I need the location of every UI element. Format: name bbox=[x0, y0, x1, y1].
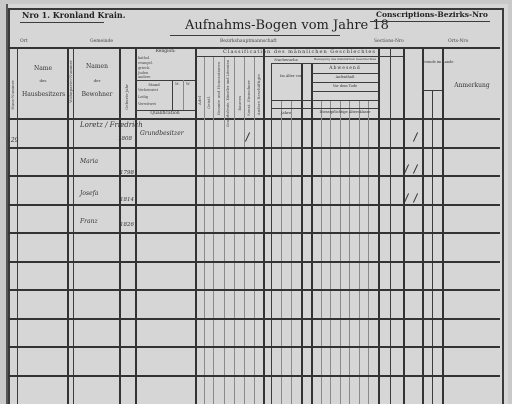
stand-item: Verwitwet bbox=[138, 102, 156, 106]
sub-col bbox=[359, 100, 360, 404]
sub-col bbox=[281, 100, 282, 404]
nachwuchs-sub-label: Im Alter von bbox=[280, 74, 300, 78]
header-sub-line bbox=[271, 100, 378, 101]
row-line bbox=[8, 261, 500, 263]
sub-col bbox=[321, 100, 322, 404]
col-line bbox=[403, 47, 405, 404]
divider bbox=[20, 22, 104, 23]
header-sub-line bbox=[311, 82, 378, 83]
header-sub-line bbox=[172, 80, 173, 110]
header-sub-line bbox=[422, 90, 442, 91]
col-line bbox=[422, 47, 424, 404]
divider bbox=[170, 35, 340, 36]
resident-name: Loretz / Friedrich bbox=[80, 121, 143, 129]
name-label: Name bbox=[22, 65, 64, 72]
house-number: 129 bbox=[7, 137, 18, 144]
col-line bbox=[135, 47, 137, 404]
row-line bbox=[8, 318, 500, 320]
col-line bbox=[432, 90, 433, 404]
birth-year: 1826 bbox=[120, 222, 134, 228]
resident-name: Josefa bbox=[80, 190, 98, 197]
col-line bbox=[442, 47, 444, 404]
sub-col bbox=[349, 100, 350, 404]
qualification-value: Grundbesitzer bbox=[140, 130, 184, 137]
class-col-label: Sonst. Einwohner bbox=[246, 80, 251, 116]
qualification-label: Qualification bbox=[135, 111, 195, 116]
sub-col bbox=[224, 56, 225, 404]
wohnpartei-label: Wohnpartei-Nummer bbox=[68, 60, 73, 103]
class-col-label: Andere Beschäftigte bbox=[256, 74, 261, 115]
bezirk-label: Bezirkshauptmannschaft bbox=[220, 39, 277, 44]
dienstpflichtige-label: Dienstpflichtige Altersklasse bbox=[312, 110, 378, 114]
header-sub-line bbox=[271, 63, 378, 64]
row-line bbox=[8, 346, 500, 348]
header-sub-line bbox=[183, 80, 184, 110]
sheet-number: Nro 1. Kronland Krain. bbox=[22, 10, 126, 20]
resident-name: Franz bbox=[80, 218, 98, 225]
sub-col bbox=[204, 56, 205, 404]
namen-label: Namen bbox=[76, 63, 118, 70]
nachwuchs-label: Nachwuchs bbox=[272, 57, 300, 62]
sex-female: W. bbox=[186, 82, 190, 86]
sex-male: M. bbox=[175, 82, 180, 86]
class-col-label: Beamte und Honoratioren bbox=[216, 62, 221, 115]
vor-dem-tode-label: Vor dem Tode bbox=[312, 84, 378, 88]
divider bbox=[370, 21, 490, 22]
orts-label: Orts-Nro bbox=[448, 39, 468, 44]
haus-nummer-label: Haus-Nummer bbox=[10, 80, 15, 110]
religion-item: andere bbox=[138, 75, 150, 79]
page-title: Aufnahms-Bogen vom Jahre 18 bbox=[185, 18, 389, 33]
sub-col bbox=[213, 56, 214, 404]
class-col-label: Gewerbsleute, Künstler und Literaten bbox=[226, 60, 230, 127]
col-line bbox=[73, 47, 74, 404]
row-line bbox=[8, 232, 500, 234]
col-line bbox=[390, 47, 391, 404]
header-sub-line bbox=[311, 73, 378, 74]
class-col-label: Adel bbox=[197, 96, 202, 105]
header-sub-line bbox=[271, 108, 378, 109]
row-line bbox=[8, 147, 500, 149]
bewohner-label: Bewohner bbox=[76, 91, 118, 98]
stand-item: Ledig bbox=[138, 95, 148, 99]
resident-name: Maria bbox=[80, 158, 98, 165]
gemeinde-label: Gemeinde bbox=[90, 39, 113, 44]
geburtsjahr-label: Geburts-Jahr bbox=[124, 84, 129, 110]
fremde-label: Fremde im Lande bbox=[422, 60, 442, 64]
stand-item: Verheiratet bbox=[138, 88, 158, 92]
classification-label: Classification des männlichen Geschlecht… bbox=[197, 49, 402, 55]
ort-label: Ort bbox=[20, 39, 28, 44]
religion-item: evangel. bbox=[138, 61, 153, 65]
sub-col bbox=[330, 100, 331, 404]
sub-col bbox=[254, 56, 255, 404]
sub-col bbox=[244, 56, 245, 404]
sections-label: Sections-Nro bbox=[374, 39, 404, 44]
sub-col bbox=[234, 56, 235, 404]
col-line bbox=[17, 47, 18, 404]
religion-item: kathol. bbox=[138, 56, 150, 60]
class-col-label: Bauern bbox=[237, 96, 242, 111]
birth-year: 1808 bbox=[118, 136, 132, 142]
header-sub-line bbox=[135, 80, 195, 81]
col-line bbox=[263, 47, 265, 404]
religion-item: griech. bbox=[138, 66, 150, 70]
sub-col bbox=[340, 100, 341, 404]
row-line bbox=[8, 375, 500, 377]
row-line bbox=[8, 204, 500, 206]
des-label: des bbox=[22, 78, 64, 83]
religion-label: Religion: bbox=[138, 49, 193, 54]
birth-year: 1814 bbox=[120, 197, 134, 203]
row-line bbox=[8, 289, 500, 291]
abwesend-label: Abwesend bbox=[312, 66, 378, 71]
class-col-label: Geistl. bbox=[206, 96, 211, 109]
der-label: der bbox=[76, 78, 118, 83]
row-line bbox=[8, 175, 500, 177]
sub-col bbox=[291, 100, 292, 404]
header-sub-line bbox=[311, 91, 378, 92]
col-line bbox=[378, 47, 380, 404]
sub-col bbox=[368, 100, 369, 404]
hausbesitzer-label: Hausbesitzers bbox=[22, 91, 64, 98]
birth-year: 1798 bbox=[120, 170, 134, 176]
aufenthalt-label: Aufenthalt bbox=[312, 75, 378, 79]
jahre-label: Jahre bbox=[271, 110, 301, 115]
stand-label: Stand bbox=[137, 82, 171, 87]
anmerkung-label: Anmerkung bbox=[444, 82, 500, 89]
conscription-district: Conscriptions-Bezirks-Nro bbox=[376, 10, 488, 19]
bewegungen-label: Bewegung des männlichen Geschlechtes bbox=[312, 57, 378, 61]
